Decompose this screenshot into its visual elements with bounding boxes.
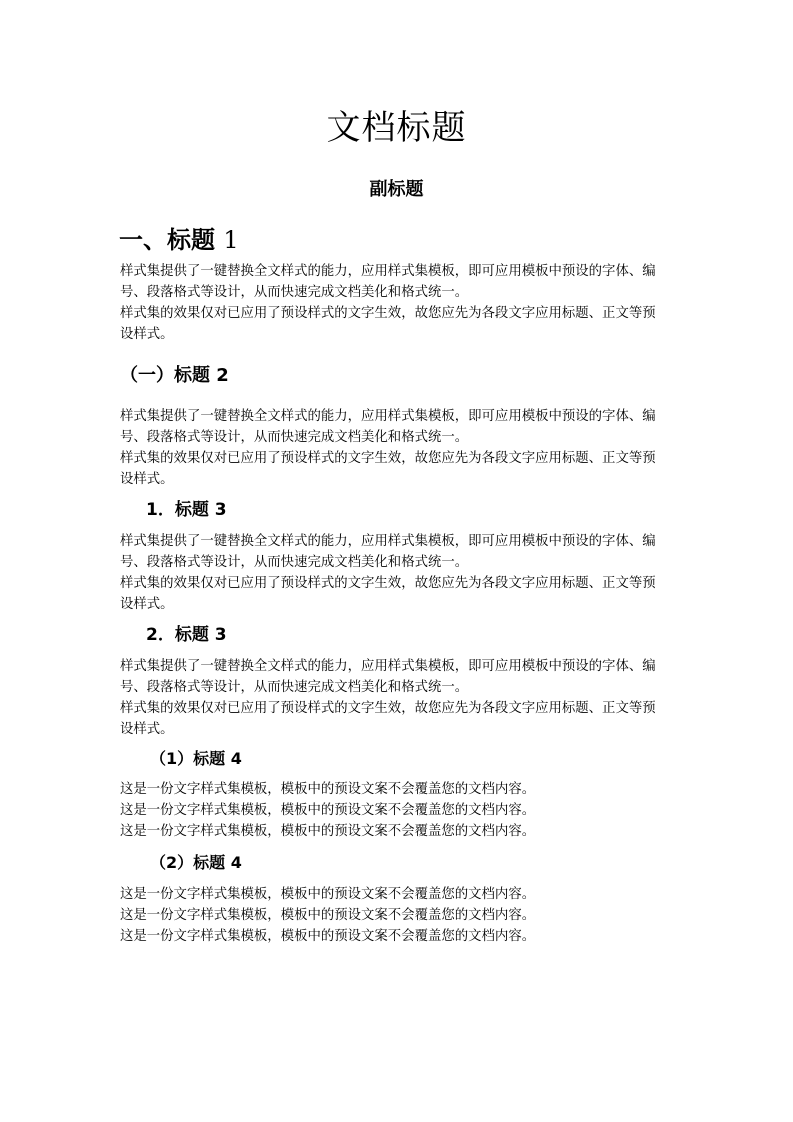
paragraph-line: 设样式。 [120, 719, 680, 740]
paragraph-line: 号、段落格式等设计，从而快速完成文档美化和格式统一。 [120, 282, 680, 303]
paragraph-line: 这是一份文字样式集模板，模板中的预设文案不会覆盖您的文档内容。 [120, 821, 680, 842]
paragraph-line: 样式集提供了一键替换全文样式的能力，应用样式集模板，即可应用模板中预设的字体、编 [120, 656, 680, 677]
heading-2: （一）标题 2 [120, 364, 229, 388]
document-page: 文档标题 副标题 一、标题 1 样式集提供了一键替换全文样式的能力，应用样式集模… [0, 0, 793, 1122]
heading-3: 2．标题 3 [146, 623, 227, 647]
document-subtitle: 副标题 [0, 178, 793, 202]
body-paragraph: 样式集提供了一键替换全文样式的能力，应用样式集模板，即可应用模板中预设的字体、编… [120, 261, 680, 345]
paragraph-line: 这是一份文字样式集模板，模板中的预设文案不会覆盖您的文档内容。 [120, 905, 680, 926]
paragraph-line: 号、段落格式等设计，从而快速完成文档美化和格式统一。 [120, 552, 680, 573]
heading-1-text: 一、标题 [119, 226, 215, 254]
body-paragraph: 样式集提供了一键替换全文样式的能力，应用样式集模板，即可应用模板中预设的字体、编… [120, 531, 680, 615]
paragraph-line: 样式集提供了一键替换全文样式的能力，应用样式集模板，即可应用模板中预设的字体、编 [120, 531, 680, 552]
heading-1-number: 1 [223, 226, 238, 254]
paragraph-line: 样式集的效果仅对已应用了预设样式的文字生效，故您应先为各段文字应用标题、正文等预 [120, 698, 680, 719]
paragraph-line: 样式集提供了一键替换全文样式的能力，应用样式集模板，即可应用模板中预设的字体、编 [120, 261, 680, 282]
heading-4: （2）标题 4 [150, 852, 242, 874]
heading-4: （1）标题 4 [150, 748, 242, 770]
paragraph-line: 这是一份文字样式集模板，模板中的预设文案不会覆盖您的文档内容。 [120, 800, 680, 821]
body-paragraph: 样式集提供了一键替换全文样式的能力，应用样式集模板，即可应用模板中预设的字体、编… [120, 656, 680, 740]
paragraph-line: 号、段落格式等设计，从而快速完成文档美化和格式统一。 [120, 427, 680, 448]
paragraph-line: 这是一份文字样式集模板，模板中的预设文案不会覆盖您的文档内容。 [120, 779, 680, 800]
paragraph-line: 号、段落格式等设计，从而快速完成文档美化和格式统一。 [120, 677, 680, 698]
document-title: 文档标题 [0, 106, 793, 150]
paragraph-line: 样式集的效果仅对已应用了预设样式的文字生效，故您应先为各段文字应用标题、正文等预 [120, 573, 680, 594]
body-paragraph: 样式集提供了一键替换全文样式的能力，应用样式集模板，即可应用模板中预设的字体、编… [120, 406, 680, 490]
paragraph-line: 样式集的效果仅对已应用了预设样式的文字生效，故您应先为各段文字应用标题、正文等预 [120, 303, 680, 324]
paragraph-line: 这是一份文字样式集模板，模板中的预设文案不会覆盖您的文档内容。 [120, 926, 680, 947]
heading-1: 一、标题 1 [119, 225, 239, 255]
heading-3: 1．标题 3 [146, 498, 227, 522]
paragraph-line: 设样式。 [120, 594, 680, 615]
paragraph-line: 设样式。 [120, 324, 680, 345]
body-paragraph: 这是一份文字样式集模板，模板中的预设文案不会覆盖您的文档内容。 这是一份文字样式… [120, 884, 680, 947]
paragraph-line: 设样式。 [120, 469, 680, 490]
paragraph-line: 样式集提供了一键替换全文样式的能力，应用样式集模板，即可应用模板中预设的字体、编 [120, 406, 680, 427]
paragraph-line: 样式集的效果仅对已应用了预设样式的文字生效，故您应先为各段文字应用标题、正文等预 [120, 448, 680, 469]
body-paragraph: 这是一份文字样式集模板，模板中的预设文案不会覆盖您的文档内容。 这是一份文字样式… [120, 779, 680, 842]
paragraph-line: 这是一份文字样式集模板，模板中的预设文案不会覆盖您的文档内容。 [120, 884, 680, 905]
